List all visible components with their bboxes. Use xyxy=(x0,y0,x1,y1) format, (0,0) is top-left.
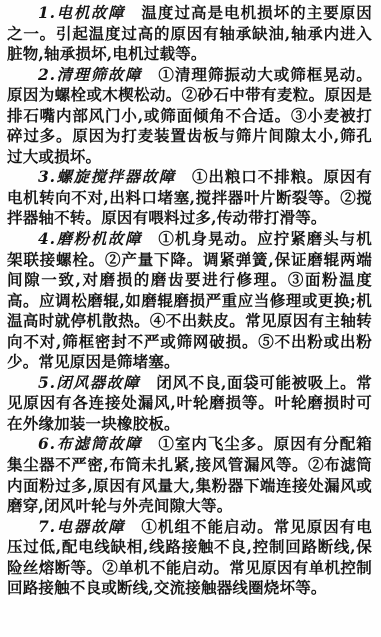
fault-heading: 7.电器故障 xyxy=(38,517,125,536)
document-page: 1.电机故障温度过高是电机损坏的主要原因之一。引起温度过高的原因有轴承缺油,轴承… xyxy=(0,0,381,637)
fault-paragraph-cleaning-sieve: 2.清理筛故障①清理筛振动大或筛框晃动。原因为螺栓或木楔松动。②砂石中带有麦粒。… xyxy=(7,65,372,168)
fault-paragraph-screw-agitator: 3.螺旋搅拌器故障①出粮口不排粮。原因有电机转向不对,出料口堵塞,搅拌器叶片断裂… xyxy=(7,167,372,229)
fault-heading: 1.电机故障 xyxy=(38,3,125,22)
fault-paragraph-mill: 4.磨粉机故障①机身晃动。应拧紧磨头与机架联接螺栓。②产量下降。调紧弹簧,保证磨… xyxy=(7,229,372,373)
fault-paragraph-motor: 1.电机故障温度过高是电机损坏的主要原因之一。引起温度过高的原因有轴承缺油,轴承… xyxy=(7,3,372,65)
fault-heading: 5.闭风器故障 xyxy=(38,373,140,392)
fault-heading: 6.布滤筒故障 xyxy=(38,434,142,453)
fault-paragraph-electrical: 7.电器故障①机组不能启动。常见原因有电压过低,配电线缺相,线路接触不良,控制回… xyxy=(7,517,372,599)
fault-heading: 3.螺旋搅拌器故障 xyxy=(38,167,176,186)
fault-paragraph-airlock: 5.闭风器故障闭风不良,面袋可能被吸上。常见原因有各连接处漏风,叶轮磨损等。叶轮… xyxy=(7,373,372,435)
fault-heading: 4.磨粉机故障 xyxy=(38,229,142,248)
fault-heading: 2.清理筛故障 xyxy=(38,65,142,84)
fault-paragraph-cloth-filter: 6.布滤筒故障①室内飞尘多。原因有分配箱集尘器不严密,布筒未扎紧,接风管漏风等。… xyxy=(7,434,372,516)
fault-body: ①机身晃动。应拧紧磨头与机架联接螺栓。②产量下降。调紧弹簧,保证磨辊两端间隙一致… xyxy=(7,229,372,371)
